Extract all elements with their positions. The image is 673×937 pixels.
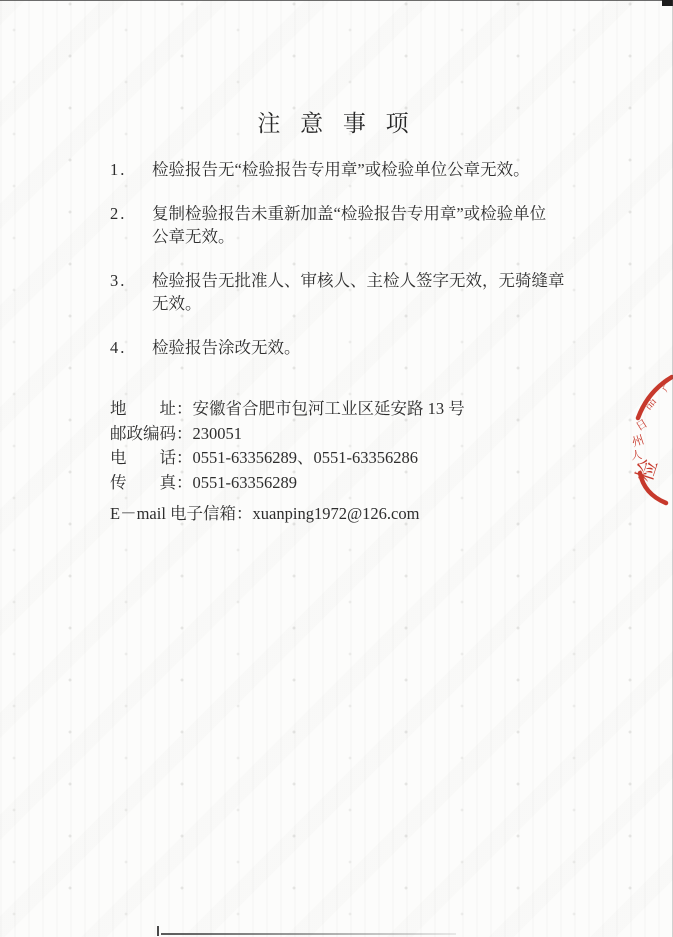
postcode-label: 邮政编码： [110, 422, 193, 447]
email-line: E－mail 电子信箱： xuanping1972@126.com [110, 502, 590, 527]
phone-label: 电 话： [110, 446, 193, 471]
notice-item: 4. 检验报告涂改无效。 [110, 336, 600, 359]
stamp-char: 日 [634, 417, 650, 434]
notice-item: 1. 检验报告无“检验报告专用章”或检验单位公章无效。 [110, 158, 600, 181]
notice-number: 3. [110, 269, 152, 315]
notice-item: 2. 复制检验报告未重新加盖“检验报告专用章”或检验单位 公章无效。 [110, 202, 600, 248]
notice-item: 3. 检验报告无批准人、审核人、主检人签字无效，无骑缝章 无效。 [110, 269, 600, 315]
phone-line: 电 话： 0551-63356289、0551-63356286 [110, 446, 590, 471]
scan-edge-bottom-line [161, 933, 456, 935]
notice-number: 1. [110, 158, 152, 181]
notice-text: 复制检验报告未重新加盖“检验报告专用章”或检验单位 公章无效。 [152, 202, 600, 248]
scan-tick-mark [157, 926, 159, 936]
page-title: 注 意 事 项 [0, 105, 673, 138]
notice-text: 检验报告无批准人、审核人、主检人签字无效，无骑缝章 无效。 [152, 269, 600, 315]
notice-text: 检验报告无“检验报告专用章”或检验单位公章无效。 [152, 158, 600, 181]
fax-value: 0551-63356289 [193, 471, 298, 496]
seam-stamp-icon: 产 品 日 州 人 检 [625, 372, 673, 507]
address-value: 安徽省合肥市包河工业区延安路 13 号 [193, 397, 465, 422]
fax-line: 传 真： 0551-63356289 [110, 471, 590, 496]
stamp-char: 州 [630, 432, 646, 449]
postcode-line: 邮政编码： 230051 [110, 422, 590, 447]
contact-block: 地 址： 安徽省合肥市包河工业区延安路 13 号 邮政编码： 230051 电 … [110, 397, 590, 527]
email-label: E－mail 电子信箱： [110, 502, 253, 527]
fax-label: 传 真： [110, 471, 193, 496]
phone-value: 0551-63356289、0551-63356286 [193, 446, 419, 471]
scan-edge-top [0, 0, 673, 1]
notice-number: 2. [110, 202, 152, 248]
address-line: 地 址： 安徽省合肥市包河工业区延安路 13 号 [110, 397, 590, 422]
email-value: xuanping1972@126.com [253, 502, 420, 527]
notice-number: 4. [110, 336, 152, 359]
notice-list: 1. 检验报告无“检验报告专用章”或检验单位公章无效。 2. 复制检验报告未重新… [110, 158, 600, 380]
postcode-value: 230051 [193, 422, 243, 447]
scanned-notice-page: 注 意 事 项 1. 检验报告无“检验报告专用章”或检验单位公章无效。 2. 复… [0, 0, 673, 937]
notice-text: 检验报告涂改无效。 [152, 336, 600, 359]
stamp-center-char: 检 [631, 456, 662, 485]
address-label: 地 址： [110, 397, 193, 422]
red-seam-stamp: 产 品 日 州 人 检 [625, 372, 673, 507]
